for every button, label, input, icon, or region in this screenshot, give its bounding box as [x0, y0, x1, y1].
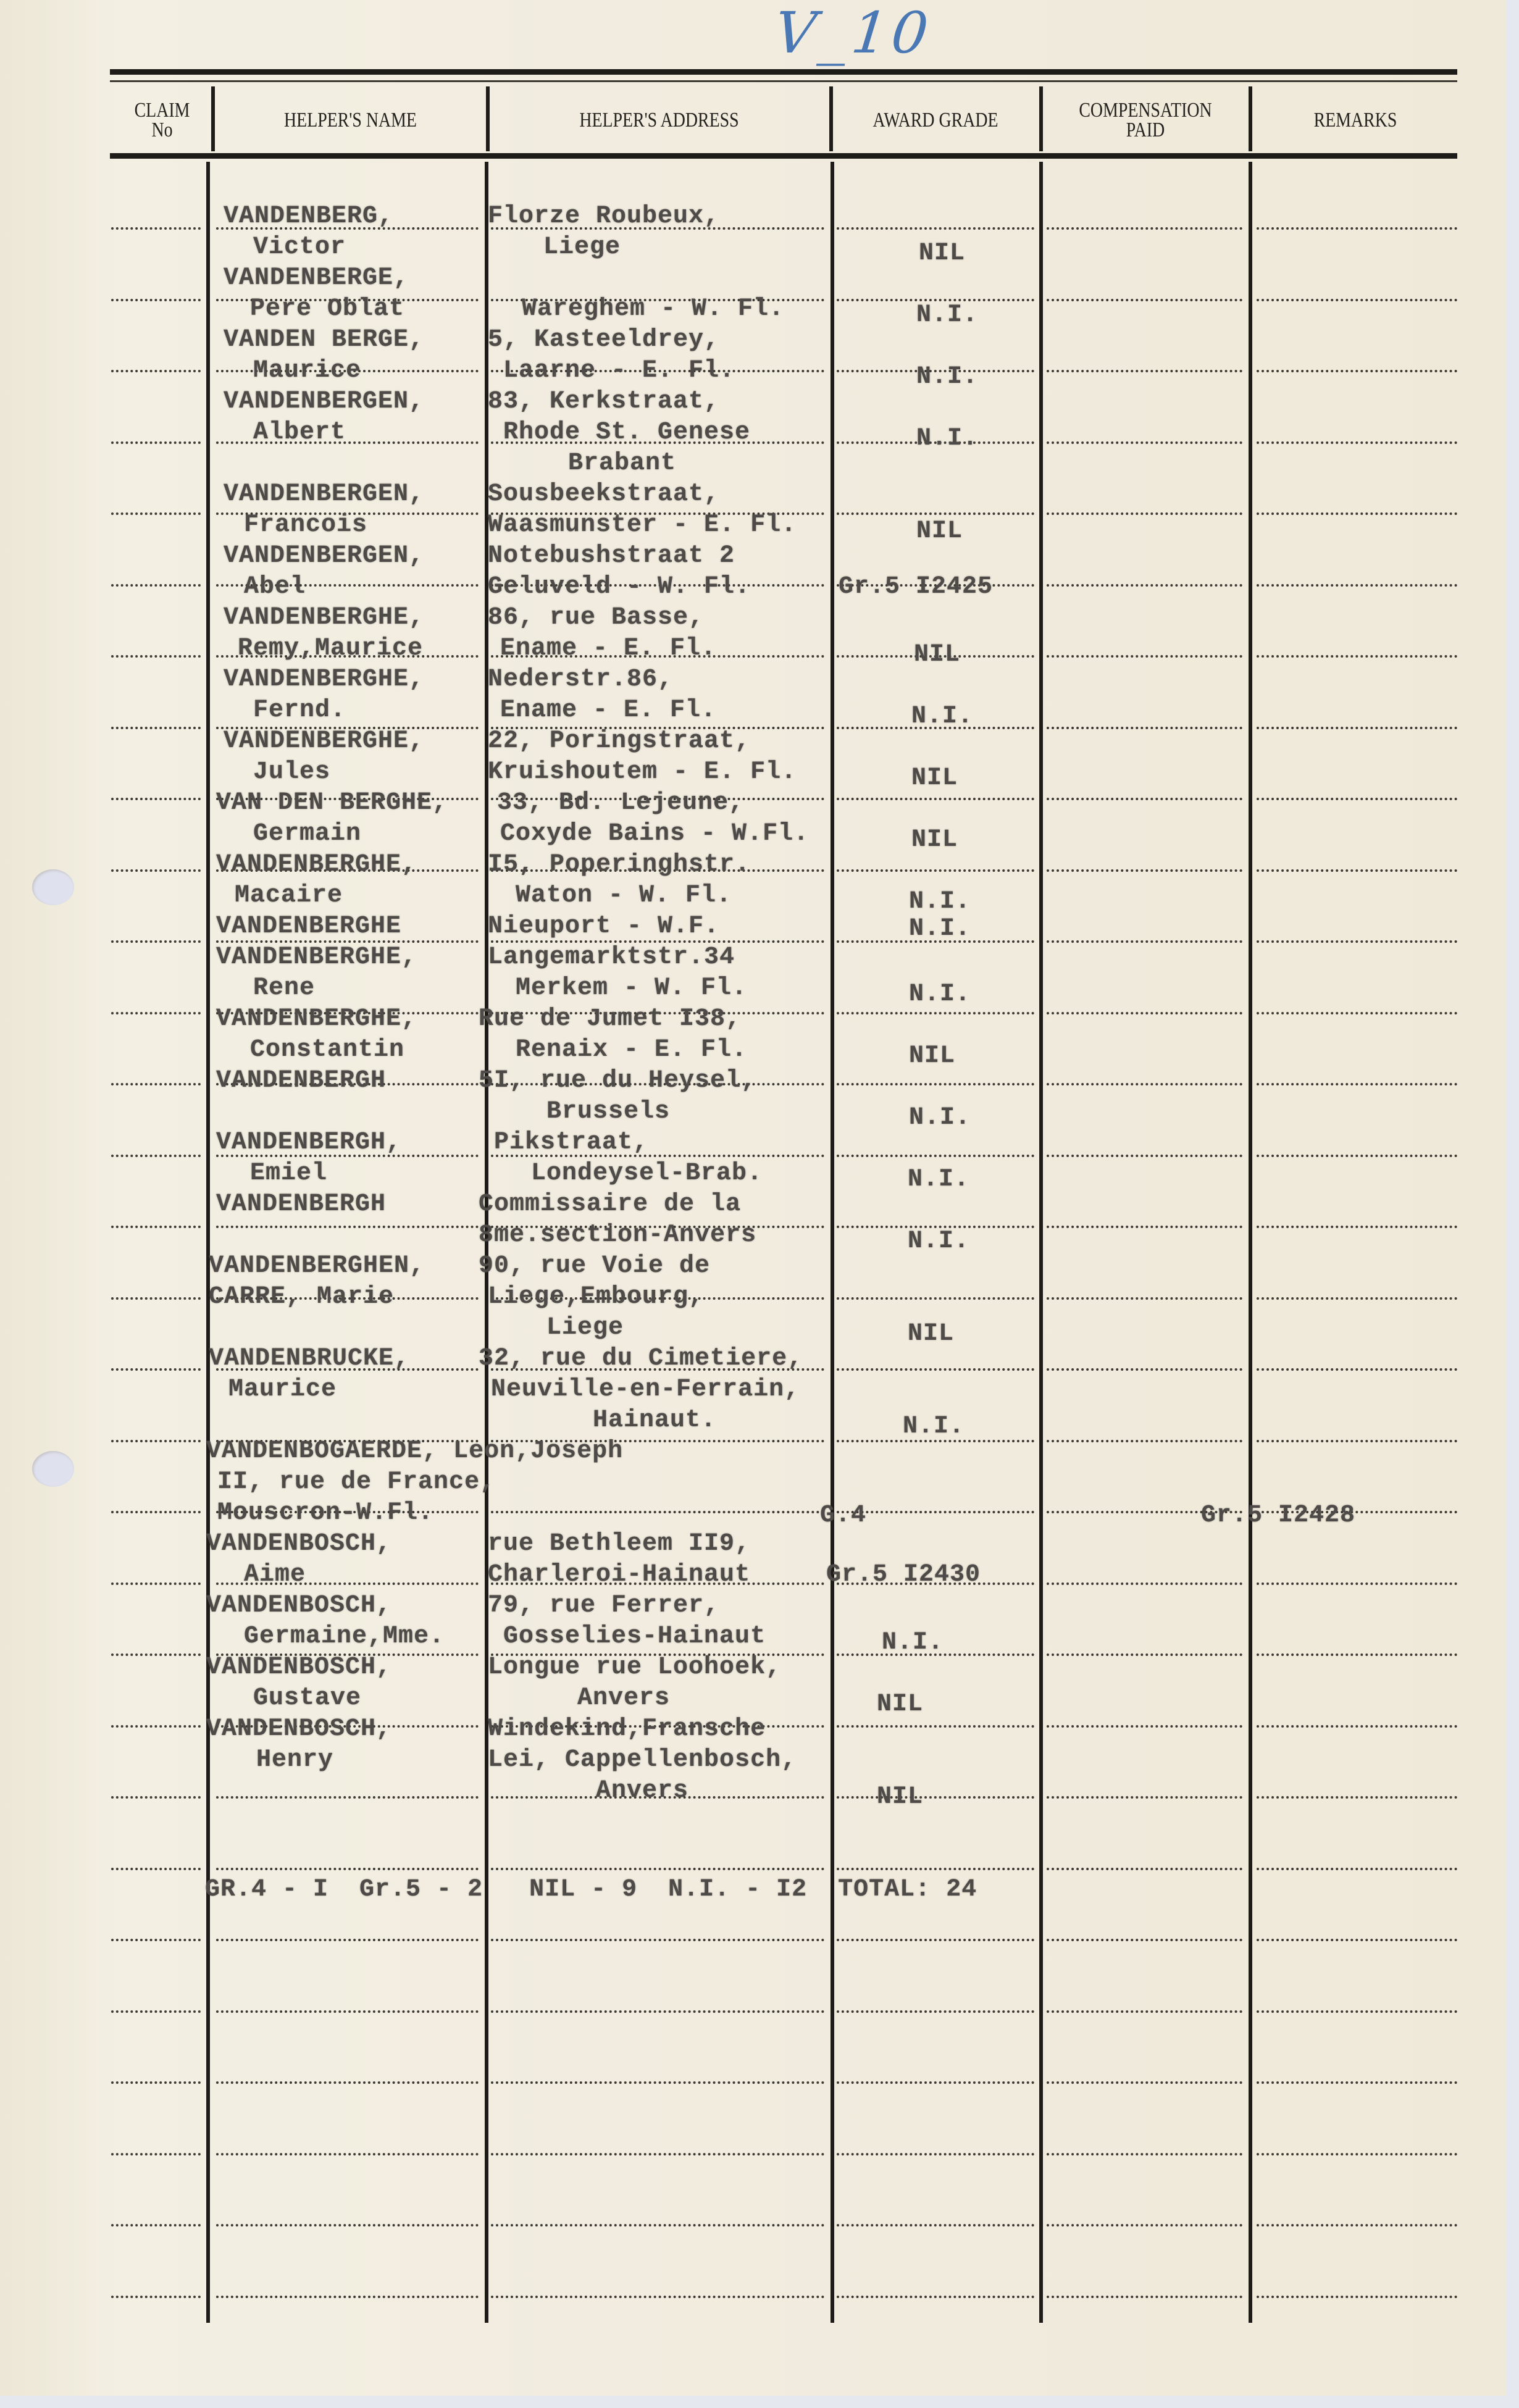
header-helper-address-label: HELPER'S ADDRESS [579, 111, 739, 130]
dotted-rule-segment [111, 2296, 201, 2298]
entry-name-line: Remy,Maurice [238, 633, 423, 664]
header-claim-no: CLAIM No [123, 86, 201, 154]
entry-grade: N.I. [908, 1164, 969, 1195]
entry-grade: Gr.5 I2425 [839, 572, 993, 603]
entry-name-line: Victor [253, 232, 346, 263]
dotted-rule-segment [111, 1297, 201, 1300]
entry-name-line: VANDENBERGHE [216, 911, 401, 942]
entry-name-line: VANDENBERGHE, [216, 1004, 417, 1035]
entry-address-line: rue Bethleem II9, [488, 1529, 750, 1560]
dotted-rule-segment [111, 2224, 201, 2226]
dotted-rule-segment [1257, 1297, 1457, 1300]
dotted-rule-segment [1047, 1868, 1242, 1870]
dotted-rule-segment [111, 1653, 201, 1656]
entry-name-line: VANDENBERGEN, [224, 479, 424, 510]
entry-name-line: VANDENBERGHE, [224, 726, 424, 757]
dotted-rule-segment [837, 2153, 1034, 2155]
entry-name-line: VANDENBERGEN, [224, 387, 424, 417]
entry-name-line: VANDENBRUCKE, [209, 1344, 409, 1374]
entry-grade: N.I. [882, 1628, 944, 1658]
dotted-rule-segment [491, 2010, 824, 2013]
dotted-rule-segment [1257, 1226, 1457, 1228]
dotted-rule-segment [1257, 1440, 1457, 1442]
entry-address-line: Kruishoutem - E. Fl. [488, 757, 797, 788]
dotted-rule-segment [111, 2081, 201, 2084]
entry-grade: N.I. [908, 1226, 969, 1257]
dotted-rule-segment [1047, 2224, 1242, 2226]
dotted-rule-segment [111, 1868, 201, 1870]
dotted-rule-segment [111, 727, 201, 729]
entry-name-line: Pere Oblat [250, 294, 404, 325]
header-divider-4 [1039, 86, 1043, 151]
dotted-rule-segment [837, 2224, 1034, 2226]
dotted-rule-segment [1257, 1653, 1457, 1656]
dotted-rule-segment [111, 370, 201, 372]
entry-address-line: Langemarktstr.34 [488, 942, 735, 973]
entry-grade: N.I. [903, 1411, 965, 1442]
dotted-rule-segment [1257, 299, 1457, 301]
dotted-rule-segment [111, 227, 201, 230]
entry-name-line: VANDENBOGAERDE, Leon,Joseph [206, 1436, 623, 1467]
dotted-rule-segment [837, 2081, 1034, 2084]
entry-name-line: CARRE, Marie [209, 1282, 394, 1313]
entry-address-line: Anvers [577, 1683, 670, 1714]
entry-address-line: Charleroi-Hainaut [488, 1560, 750, 1591]
dotted-rule-segment [111, 798, 201, 800]
dotted-rule-segment [491, 1939, 824, 1941]
dotted-rule-segment [1257, 1582, 1457, 1585]
entry-name-line: VANDENBERGHEN, [209, 1251, 425, 1282]
dotted-rule-segment [837, 2010, 1034, 2013]
entry-name-line: VANDENBERGHE, [216, 942, 417, 973]
dotted-rule-segment [1257, 227, 1457, 230]
entry-address-line: 83, Kerkstraat, [488, 387, 719, 417]
dotted-rule-segment [1257, 940, 1457, 943]
dotted-rule-segment [1257, 1083, 1457, 1085]
entry-name-line: Constantin [250, 1035, 404, 1066]
entry-address-line: Waton - W. Fl. [516, 880, 732, 911]
dotted-rule-segment [1047, 299, 1242, 301]
dotted-rule-segment [216, 2081, 479, 2084]
dotted-rule-segment [111, 512, 201, 515]
dotted-rule-segment [491, 2153, 824, 2155]
dotted-rule-segment [1047, 2296, 1242, 2298]
entry-grade: NIL [916, 516, 963, 547]
entry-grade: N.I. [916, 362, 978, 393]
header-award-grade-label: AWARD GRADE [872, 111, 998, 130]
dotted-rule-segment [1047, 655, 1242, 658]
entry-address-line: Brussels [546, 1097, 670, 1127]
dotted-rule-segment [111, 1796, 201, 1799]
dotted-rule-segment [111, 869, 201, 872]
dotted-rule-segment [1047, 1012, 1242, 1014]
dotted-rule-segment [1047, 869, 1242, 872]
entry-name-line: Abel [244, 572, 306, 603]
dotted-rule-segment [1257, 370, 1457, 372]
entry-grade: NIL [914, 640, 960, 671]
dotted-rule-segment [837, 1725, 1034, 1728]
entry-address-line: I5, Poperinghstr. [488, 850, 750, 880]
dotted-rule-segment [1047, 1725, 1242, 1728]
entry-remarks: Gr.5 I2428 [1201, 1500, 1355, 1531]
entry-name-line: Mouscron-W.Fl. [217, 1498, 433, 1529]
dotted-rule-segment [1047, 512, 1242, 515]
dotted-rule-segment [837, 869, 1034, 872]
entry-address-line: Sousbeekstraat, [488, 479, 719, 510]
entry-name-line: VANDENBOSCH, [206, 1714, 391, 1745]
entry-address-line: 90, rue Voie de [479, 1251, 710, 1282]
entry-name-line: VANDENBERGH [216, 1066, 386, 1097]
header-compensation-paid: COMPENSATION PAID [1062, 86, 1229, 154]
punch-hole-lower [32, 1451, 74, 1487]
entry-name-line: VANDENBERGHE, [224, 603, 424, 633]
entry-address-line: 79, rue Ferrer, [488, 1591, 719, 1621]
entry-name-line: Henry [256, 1745, 333, 1776]
entry-grade: NIL [877, 1689, 923, 1720]
dotted-rule-segment [1257, 2153, 1457, 2155]
dotted-rule-segment [837, 1368, 1034, 1371]
entry-address-line: Anvers [596, 1776, 688, 1807]
entry-name-line: Rene [253, 973, 315, 1004]
entry-address-line: Notebushstraat 2 [488, 541, 735, 572]
entry-address-line: Laarne - E. Fl. [503, 356, 735, 387]
header-helper-name: HELPER'S NAME [240, 86, 461, 154]
dotted-rule-segment [111, 441, 201, 444]
dotted-rule-segment [111, 1226, 201, 1228]
header-claim-label: CLAIM [135, 101, 190, 120]
dotted-rule-segment [1047, 584, 1242, 587]
entry-grade: NIL [911, 763, 958, 794]
document-page: V_10 CLAIM No HELPER'S NAME HELPER'S ADD… [0, 0, 1507, 2396]
dotted-rule-segment [837, 1012, 1034, 1014]
entry-name-line: VANDENBERGHE, [224, 664, 424, 695]
entry-name-line: Albert [253, 417, 346, 448]
entry-address-line: 32, rue du Cimetiere, [479, 1344, 803, 1374]
dotted-rule-segment [1047, 1226, 1242, 1228]
entry-address-line: Coxyde Bains - W.Fl. [500, 819, 809, 850]
dotted-rule-segment [837, 1297, 1034, 1300]
dotted-rule-segment [1257, 798, 1457, 800]
dotted-rule-segment [1047, 940, 1242, 943]
entry-name-line: Gustave [253, 1683, 361, 1714]
dotted-rule-segment [111, 2010, 201, 2013]
entry-address-line: Ename - E. Fl. [500, 633, 716, 664]
header-divider-3 [829, 86, 833, 151]
entry-address-line: 86, rue Basse, [488, 603, 704, 633]
entry-address-line: 22, Poringstraat, [488, 726, 750, 757]
dotted-rule-segment [1047, 2010, 1242, 2013]
entry-grade: N.I. [909, 979, 971, 1010]
dotted-rule-segment [111, 655, 201, 658]
dotted-rule-segment [837, 1155, 1034, 1157]
dotted-rule-segment [1047, 1653, 1242, 1656]
entry-address-line: Liege [543, 232, 621, 263]
dotted-rule-segment [216, 1939, 479, 1941]
entry-grade: N.I. [916, 300, 978, 331]
dotted-rule-segment [1257, 1155, 1457, 1157]
entry-address-line: Pikstraat, [494, 1127, 648, 1158]
entry-grade: NIL [919, 238, 965, 269]
dotted-rule-segment [1047, 1368, 1242, 1371]
entry-address-line: Liege [546, 1313, 624, 1344]
entry-name-line: VANDEN BERGE, [224, 325, 424, 356]
entry-grade: N.I. [911, 701, 973, 732]
dotted-rule-segment [1257, 727, 1457, 729]
entry-name-line: VANDENBOSCH, [206, 1529, 391, 1560]
entry-grade: NIL [909, 1041, 955, 1072]
dotted-rule-segment [1047, 1440, 1242, 1442]
entry-address-line: Renaix - E. Fl. [516, 1035, 747, 1066]
entry-grade: G.4 [820, 1500, 866, 1531]
dotted-rule-segment [1047, 2081, 1242, 2084]
entry-name-line: Aime [244, 1560, 306, 1591]
dotted-rule-segment [111, 299, 201, 301]
entry-name-line: Emiel [250, 1158, 327, 1189]
entry-address-line: Geluveld - W. Fl. [488, 572, 750, 603]
dotted-rule-segment [1257, 584, 1457, 587]
dotted-rule-segment [216, 2153, 479, 2155]
top-thin-rule [110, 80, 1457, 82]
entry-address-line: Merkem - W. Fl. [516, 973, 747, 1004]
dotted-rule-segment [111, 1368, 201, 1371]
dotted-rule-segment [111, 1725, 201, 1728]
entry-address-line: Florze Roubeux, [488, 201, 719, 232]
dotted-rule-segment [1047, 1155, 1242, 1157]
dotted-rule-segment [491, 2296, 824, 2298]
dotted-rule-segment [491, 2224, 824, 2226]
dotted-rule-segment [111, 1012, 201, 1014]
dotted-rule-segment [111, 2153, 201, 2155]
entry-name-line: Germain [253, 819, 361, 850]
entry-name-line: VANDENBERGEN, [224, 541, 424, 572]
dotted-rule-segment [111, 1582, 201, 1585]
scan-edge-bottom [0, 2396, 1519, 2408]
entry-address-line: Windekind,Fransche [488, 1714, 766, 1745]
entry-grade: NIL [911, 825, 958, 856]
dotted-rule-segment [111, 1511, 201, 1513]
dotted-rule-segment [837, 1939, 1034, 1941]
dotted-rule-segment [1257, 2081, 1457, 2084]
dotted-rule-segment [216, 2224, 479, 2226]
header-divider-5 [1249, 86, 1252, 151]
entry-address-line: 8me.section-Anvers [479, 1220, 756, 1251]
entry-name-line: Maurice [228, 1374, 337, 1405]
entry-name-line: Germaine,Mme. [244, 1621, 445, 1652]
punch-hole-upper [32, 869, 74, 905]
dotted-rule-segment [111, 940, 201, 943]
entry-address-line: Liege,Embourg, [488, 1282, 704, 1313]
entry-name-line: VANDENBOSCH, [206, 1591, 391, 1621]
entry-address-line: 33, Bd. Lejeune, [497, 788, 744, 819]
dotted-rule-segment [1047, 1083, 1242, 1085]
body-divider-3 [831, 162, 834, 2323]
entry-grade: Gr.5 I2430 [826, 1560, 981, 1591]
dotted-rule-segment [1047, 441, 1242, 444]
dotted-rule-segment [1047, 1582, 1242, 1585]
entry-address-line: Rhode St. Genese [503, 417, 750, 448]
entry-name-line: VANDENBERG, [224, 201, 393, 232]
dotted-rule-segment [837, 1083, 1034, 1085]
header-compensation-label: COMPENSATION [1079, 101, 1211, 120]
entry-name-line: VANDENBERGHE, [216, 850, 417, 880]
dotted-rule-segment [1257, 2224, 1457, 2226]
body-divider-5 [1249, 162, 1252, 2323]
dotted-rule-segment [111, 1083, 201, 1085]
dotted-rule-segment [216, 2296, 479, 2298]
dotted-rule-segment [1047, 1939, 1242, 1941]
dotted-rule-segment [1257, 1012, 1457, 1014]
dotted-rule-segment [1257, 2296, 1457, 2298]
entry-name-line: Francois [244, 510, 367, 541]
dotted-rule-segment [1257, 1939, 1457, 1941]
dotted-rule-segment [837, 1868, 1034, 1870]
dotted-rule-segment [216, 1226, 479, 1228]
entry-address-line: Nederstr.86, [488, 664, 673, 695]
dotted-rule-segment [1257, 2010, 1457, 2013]
dotted-rule-segment [216, 1796, 479, 1799]
dotted-rule-segment [1047, 1297, 1242, 1300]
entry-address-line: Commissaire de la [479, 1189, 741, 1220]
entry-address-line: Lei, Cappellenbosch, [488, 1745, 797, 1776]
entry-name-line: VANDENBERGH [216, 1189, 386, 1220]
handwritten-reference: V_10 [771, 0, 935, 66]
header-remarks-label: REMARKS [1314, 111, 1397, 130]
entry-name-line: Jules [253, 757, 330, 788]
body-divider-4 [1039, 162, 1043, 2323]
entry-address-line: Ename - E. Fl. [500, 695, 716, 726]
dotted-rule-segment [1047, 2153, 1242, 2155]
dotted-rule-segment [837, 798, 1034, 800]
header-remarks: REMARKS [1272, 86, 1439, 154]
dotted-rule-segment [491, 1511, 824, 1513]
dotted-rule-segment [1047, 727, 1242, 729]
dotted-rule-segment [1257, 1796, 1457, 1799]
entry-name-line: VANDENBERGE, [224, 263, 409, 294]
entry-address-line: Waasmunster - E. Fl. [488, 510, 797, 541]
entry-grade: NIL [908, 1319, 954, 1350]
entry-address-line: 5I, rue du Heysel, [479, 1066, 756, 1097]
dotted-rule-segment [837, 512, 1034, 515]
header-paid-label: PAID [1126, 120, 1165, 140]
dotted-rule-segment [216, 2010, 479, 2013]
entry-name-line: Fernd. [253, 695, 346, 726]
dotted-rule-segment [837, 2296, 1034, 2298]
entry-address-line: Hainaut. [593, 1405, 716, 1436]
entry-name-line: Macaire [235, 880, 343, 911]
entry-grade: N.I. [909, 914, 971, 945]
header-helper-name-label: HELPER'S NAME [284, 111, 417, 130]
entry-grade: N.I. [916, 424, 978, 454]
entry-name-line: VAN DEN BERGHE, [216, 788, 448, 819]
entry-address-line: Gosselies-Hainaut [503, 1621, 766, 1652]
dotted-rule-segment [491, 1868, 824, 1870]
entry-grade: N.I. [909, 1103, 971, 1134]
top-thick-rule [110, 69, 1457, 75]
dotted-rule-segment [1257, 441, 1457, 444]
dotted-rule-segment [216, 1868, 479, 1870]
entry-address-line: Neuville-en-Ferrain, [491, 1374, 800, 1405]
entry-address-line: Brabant [568, 448, 676, 479]
dotted-rule-segment [491, 2081, 824, 2084]
dotted-rule-segment [837, 1796, 1034, 1799]
entry-address-line: Wareghem - W. Fl. [522, 294, 784, 325]
entry-grade: N.I. [909, 887, 971, 918]
dotted-rule-segment [111, 1939, 201, 1941]
header-no-label: No [151, 120, 172, 140]
dotted-rule-segment [1257, 512, 1457, 515]
dotted-rule-segment [111, 584, 201, 587]
scan-edge-right [1507, 0, 1519, 2408]
entry-address-line: Nieuport - W.F. [488, 911, 719, 942]
dotted-rule-segment [111, 1440, 201, 1442]
entry-name-line: VANDENBERGH, [216, 1127, 401, 1158]
entry-address-line: Rue de Jumet I38, [479, 1004, 741, 1035]
dotted-rule-segment [1257, 869, 1457, 872]
entry-grade: NIL [877, 1782, 923, 1813]
body-divider-1 [206, 162, 210, 2323]
dotted-rule-segment [837, 227, 1034, 230]
entry-name-line: VANDENBOSCH, [206, 1652, 391, 1683]
dotted-rule-segment [1047, 227, 1242, 230]
dotted-rule-segment [1047, 370, 1242, 372]
header-divider-2 [486, 86, 490, 151]
dotted-rule-segment [1257, 1868, 1457, 1870]
entry-address-line: Longue rue Loohoek, [488, 1652, 781, 1683]
entry-name-line: Maurice [253, 356, 361, 387]
dotted-rule-segment [1257, 655, 1457, 658]
dotted-rule-segment [1257, 1725, 1457, 1728]
dotted-rule-segment [111, 1155, 201, 1157]
dotted-rule-segment [1047, 1796, 1242, 1799]
header-divider-1 [211, 86, 215, 151]
summary-totals: GR.4 - I Gr.5 - 2 NIL - 9 N.I. - I2 TOTA… [205, 1875, 977, 1905]
entry-address-line: Londeysel-Brab. [531, 1158, 763, 1189]
entry-name-line: II, rue de France, [217, 1467, 495, 1498]
entry-address-line: 5, Kasteeldrey, [488, 325, 719, 356]
dotted-rule-segment [1047, 798, 1242, 800]
dotted-rule-segment [1257, 1368, 1457, 1371]
header-award-grade: AWARD GRADE [852, 86, 1019, 154]
header-helper-address: HELPER'S ADDRESS [521, 86, 797, 154]
